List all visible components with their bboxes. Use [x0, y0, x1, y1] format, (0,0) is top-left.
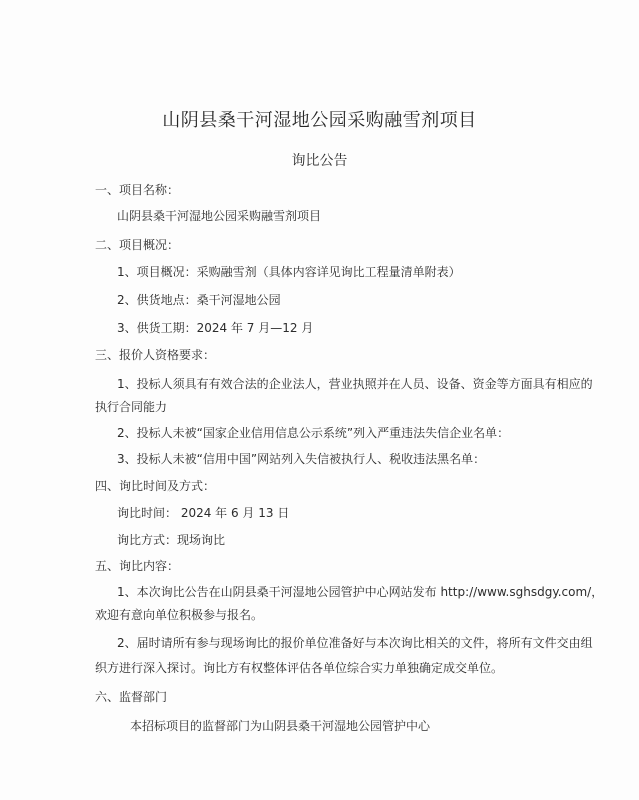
section-heading-supervision: 六、监督部门: [95, 689, 167, 705]
content-item-2: 2、届时请所有参与现场询比的报价单位准备好与本次询比相关的文件，将所有文件交由组: [117, 635, 593, 651]
inquiry-time: 询比时间： 2024 年 6 月 13 日: [117, 505, 289, 521]
overview-item-3: 3、供货工期：2024 年 7 月—12 月: [117, 320, 313, 336]
content-item-2-cont: 织方进行深入探讨。询比方有权整体评估各单位综合实力单独确定成交单位。: [95, 660, 503, 676]
content-item-1: 1、本次询比公告在山阴县桑干河湿地公园管护中心网站发布 http://www.s…: [117, 584, 603, 600]
document-subtitle: 询比公告: [0, 150, 639, 170]
qualification-item-1-cont: 执行合同能力: [95, 399, 167, 415]
overview-item-1: 1、项目概况：采购融雪剂（具体内容详见询比工程量清单附表）: [117, 264, 461, 280]
content-item-1-cont: 欢迎有意向单位积极参与报名。: [95, 607, 263, 623]
qualification-item-2: 2、投标人未被“国家企业信用信息公示系统”列入严重违法失信企业名单：: [117, 425, 509, 441]
document-page: 山阴县桑干河湿地公园采购融雪剂项目 询比公告 一、项目名称： 山阴县桑干河湿地公…: [0, 0, 639, 800]
section-heading-time-method: 四、询比时间及方式：: [95, 478, 215, 494]
section-heading-content: 五、询比内容：: [95, 558, 179, 574]
qualification-item-1: 1、投标人须具有有效合法的企业法人，营业执照并在人员、设备、资金等方面具有相应的: [117, 376, 593, 392]
inquiry-method: 询比方式：现场询比: [117, 532, 225, 548]
section-heading-project-overview: 二、项目概况：: [95, 237, 179, 253]
section-heading-qualification: 三、报价人资格要求：: [95, 347, 215, 363]
document-title: 山阴县桑干河湿地公园采购融雪剂项目: [0, 106, 639, 132]
qualification-item-3: 3、投标人未被“信用中国”网站列入失信被执行人、税收违法黑名单：: [117, 451, 485, 467]
section-heading-project-name: 一、项目名称：: [95, 182, 179, 198]
overview-item-2: 2、供货地点：桑干河湿地公园: [117, 292, 281, 308]
project-name-text: 山阴县桑干河湿地公园采购融雪剂项目: [117, 208, 321, 224]
supervision-text: 本招标项目的监督部门为山阴县桑干河湿地公园管护中心: [130, 718, 430, 734]
